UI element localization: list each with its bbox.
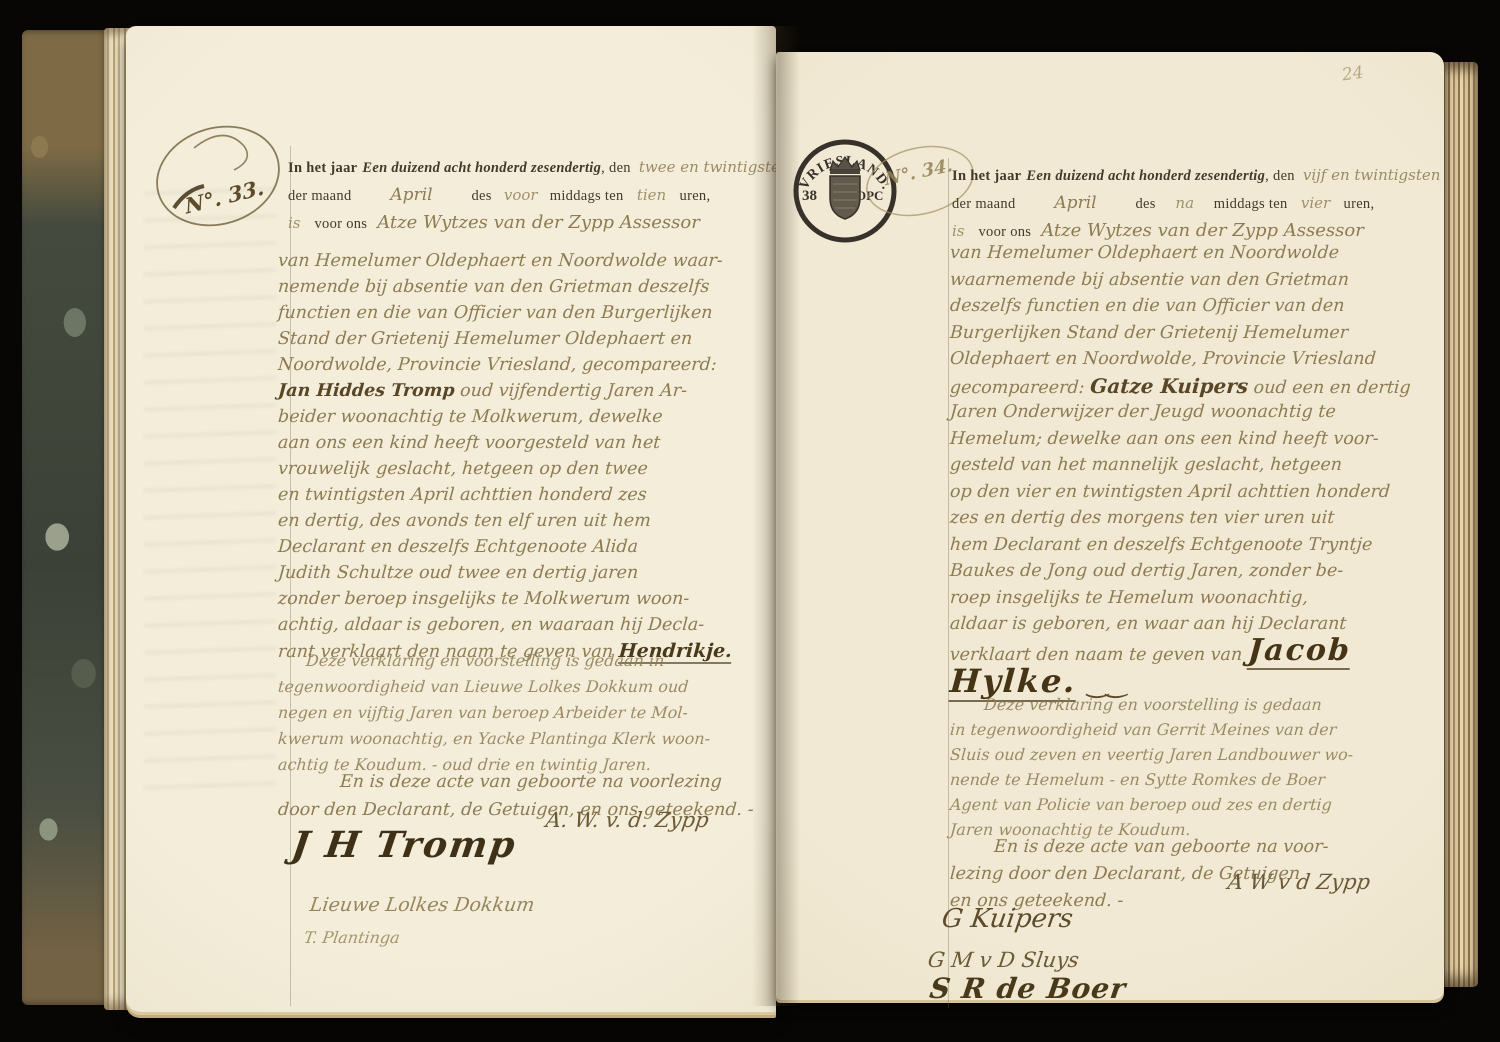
record-line-declarant: gecompareerd: Gatze Kuipers oud een en d… [949,373,1446,400]
book-cover-edge [22,30,110,1005]
right-witness-paragraph: Deze verklaring en voorstelling is gedaa… [950,692,1450,842]
record-line-childname: verklaart den naam te geven van Jacob [949,638,1446,665]
closing-line: En is deze acte van geboorte na voor- [949,834,1451,861]
right-header: In het jaar Een duizend acht honderd zes… [952,166,1452,247]
hw-daypart: na [1156,194,1214,212]
record-line: van Hemelumer Oldephaert en Noordwolde w… [277,248,774,274]
right-closing-paragraph: En is deze acte van geboorte na voor- le… [950,834,1450,915]
record-line: Jaren Onderwijzer der Jeugd woonachtig t… [949,399,1446,426]
record-line: zonder beroep insgelijks te Molkwerum wo… [277,586,774,612]
hw-day: vijf en twintigsten [1303,166,1441,184]
witness-line: kwerum woonachtig, en Yacke Plantinga Kl… [277,726,774,752]
record-line: deszelfs functien en die van Officier va… [949,293,1446,320]
record-line: waarnemende bij absentie van den Grietma… [949,267,1446,294]
right-act-body: van Hemelumer Oldephaert en Noordwolde w… [950,240,1445,698]
witness-line: in tegenwoordigheid van Gerrit Meines va… [949,717,1451,742]
hw-official-name: Atze Wytzes van der Zypp Assessor [1041,220,1364,241]
hw-month: April [352,185,472,205]
bleedthrough-ghost-text [144,176,276,796]
closing-line: En is deze acte van geboorte na voorlezi… [277,768,774,796]
record-line: Stand der Grietenij Hemelumer Oldephaert… [277,326,774,352]
hw-hour: vier [1288,194,1344,212]
record-line: en dertig, des avonds ten elf uren uit h… [277,508,774,534]
record-line: beider woonachtig te Molkwerum, dewelke [277,404,774,430]
stamp-left-text: 38 [802,188,817,204]
witness-line: tegenwoordigheid van Lieuwe Lolkes Dokku… [277,674,774,700]
closing-line: lezing door den Declarant, de Getuigen [949,861,1451,888]
record-line: Hemelum; dewelke aan ons een kind heeft … [949,426,1446,453]
record-line: op den vier en twintigsten April achttie… [949,479,1446,506]
left-page: N°. 33. In het jaar Een duizend acht hon… [126,26,776,1012]
signature-witness-1: Lieuwe Lolkes Dokkum [308,894,535,916]
signature-witness-2: T. Plantinga [303,928,402,947]
record-line: en twintigsten April achttien honderd ze… [277,482,774,508]
record-line: Oldephaert en Noordwolde, Provincie Vrie… [949,346,1446,373]
signature-official: A W v d Zypp [1226,870,1371,894]
signature-declarant: G Kuipers [940,904,1075,934]
book-scan: N°. 33. In het jaar Een duizend acht hon… [0,0,1500,1042]
header-line-year: In het jaar Een duizend acht honderd zes… [952,166,1452,193]
record-line: van Hemelumer Oldephaert en Noordwolde [949,240,1446,267]
witness-line: Deze verklaring en voorstelling is gedaa… [949,692,1451,717]
signature-declarant: J H Tromp [289,824,519,866]
left-witness-paragraph: Deze verklaring en voorstelling is gedaa… [278,648,773,778]
declarant-name: Jan Hiddes Tromp [277,381,455,401]
hw-hour: tien [624,186,680,204]
book-gutter-shadow [752,26,800,1006]
right-page: VRIESLAND. 38 OPC N°. 34. 24 In het jaar… [776,52,1444,1000]
witness-line: negen en vijftig Jaren van beroep Arbeid… [277,700,774,726]
witness-line: Sluis oud zeven en veertig Jaren Landbou… [949,742,1451,767]
witness-line: Deze verklaring en voorstelling is gedaa… [277,648,774,674]
record-line: nemende bij absentie van den Grietman de… [277,274,774,300]
record-line: aan ons een kind heeft voorgesteld van h… [277,430,774,456]
hw-month: April [1016,193,1136,213]
witness-line: Agent van Policie van beroep oud zes en … [949,792,1451,817]
signature-witness-1: G M v D Sluys [926,948,1080,972]
left-act-body: van Hemelumer Oldephaert en Noordwolde w… [278,248,773,664]
hw-daypart: voor [492,186,550,204]
record-line: achtig, aldaar is geboren, en waaraan hi… [277,612,774,638]
entry-number-oval-33 [146,112,286,242]
header-line-month-time: der maand April des na middags ten vier … [952,193,1452,220]
witness-line: nende te Hemelum - en Sytte Romkes de Bo… [949,767,1451,792]
header-line-official: is voor ons Atze Wytzes van der Zypp Ass… [288,212,788,239]
record-line: roep insgelijks te Hemelum woonachtig, [949,585,1446,612]
hw-official-name: Atze Wytzes van der Zypp Assessor [377,212,700,233]
record-line: Judith Schultze oud twee en dertig jaren [277,560,774,586]
record-line-declarant: Jan Hiddes Tromp oud vijfendertig Jaren … [277,378,774,404]
record-line: Burgerlijken Stand der Grietenij Hemelum… [949,320,1446,347]
header-line-month-time: der maand April des voor middags ten tie… [288,185,788,212]
folio-number-note: 24 [1341,63,1365,86]
record-line: Baukes de Jong oud dertig Jaren, zonder … [949,558,1446,585]
header-line-year: In het jaar Een duizend acht honderd zes… [288,158,788,185]
record-line: hem Declarant en deszelfs Echtgenoote Tr… [949,532,1446,559]
signature-official: A. W. v. d. Zypp [544,808,710,832]
declarant-name: Gatze Kuipers [1089,374,1249,398]
signature-witness-2: S R de Boer [928,972,1129,1005]
stamp-crowned-shield [830,157,860,219]
record-line: functien en die van Officier van den Bur… [277,300,774,326]
record-line: gesteld van het mannelijk geslacht, hetg… [949,452,1446,479]
record-line: vrouwelijk geslacht, hetgeen op den twee [277,456,774,482]
record-line: Noordwolde, Provincie Vriesland, gecompa… [277,352,774,378]
record-line: aldaar is geboren, en waar aan hij Decla… [949,611,1446,638]
record-line: Declarant en deszelfs Echtgenoote Alida [277,534,774,560]
left-header: In het jaar Een duizend acht honderd zes… [288,158,788,239]
record-line: zes en dertig des morgens ten vier uren … [949,505,1446,532]
